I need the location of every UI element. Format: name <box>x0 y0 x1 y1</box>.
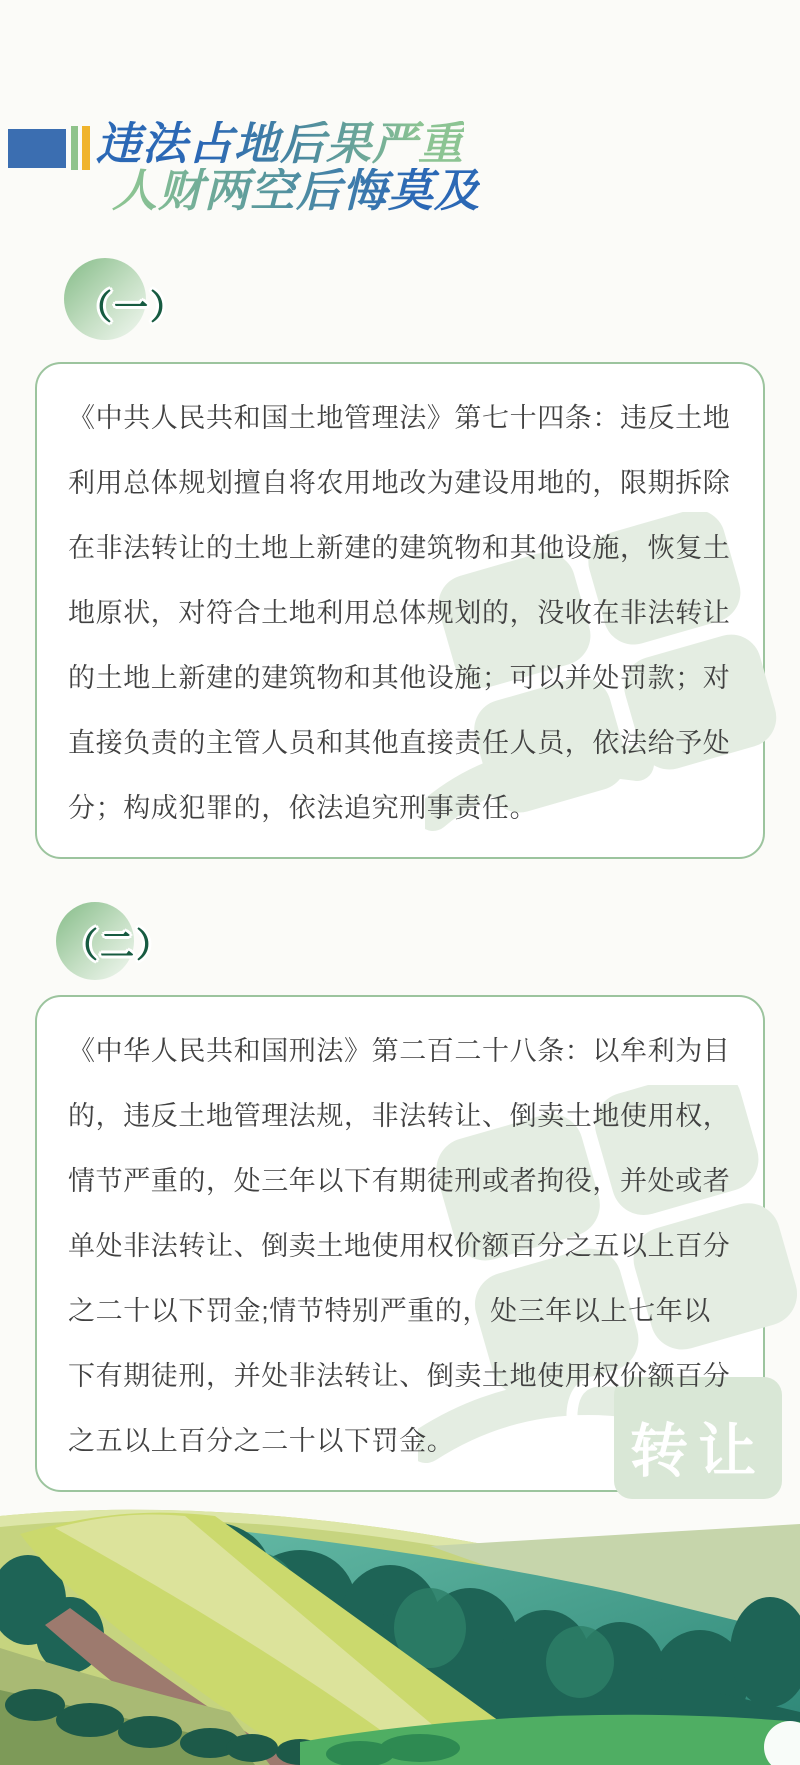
card-1-line: 利用总体规划擅自将农用地改为建设用地的，限期拆除 <box>68 451 732 516</box>
poster-page: 违法占地后果严重 人财两空后悔莫及 （一） 《中共人民共和国土地管理法》第七十四… <box>0 0 800 1765</box>
card-1-line: 直接负责的主管人员和其他直接责任人员，依法给予处 <box>68 711 732 776</box>
section-1-marker-label: （一） <box>78 288 186 328</box>
section-2-marker-label: （二） <box>64 926 172 966</box>
card-1-text-block: 《中共人民共和国土地管理法》第七十四条：违反土地 利用总体规划擅自将农用地改为建… <box>37 364 763 841</box>
page-title-line2: 人财两空后悔莫及 <box>112 168 480 214</box>
title-accent-bar-blue-icon <box>8 129 66 168</box>
card-2-text-block: 《中华人民共和国刑法》第二百二十八条：以牟利为目 的，违反土地管理法规，非法转让… <box>37 997 763 1474</box>
card-1-line: 的土地上新建的建筑物和其他设施；可以并处罚款；对 <box>68 646 732 711</box>
green-hills-landscape-illustration <box>0 1500 800 1765</box>
card-1-line: 地原状，对符合土地利用总体规划的，没收在非法转让 <box>68 581 732 646</box>
title-accent-bar-yellow-icon <box>82 126 90 170</box>
title-accent-bar-green-icon <box>71 126 78 170</box>
card-1-line: 在非法转让的土地上新建的建筑物和其他设施，恢复土 <box>68 516 732 581</box>
card-1-line: 分；构成犯罪的，依法追究刑事责任。 <box>68 776 732 841</box>
card-2-line: 下有期徒刑，并处非法转让、倒卖土地使用权价额百分 <box>68 1344 732 1409</box>
law-card-criminal-law: 转让 《中华人民共和国刑法》第二百二十八条：以牟利为目 的，违反土地管理法规，非… <box>35 995 765 1492</box>
law-card-land-administration: 《中共人民共和国土地管理法》第七十四条：违反土地 利用总体规划擅自将农用地改为建… <box>35 362 765 859</box>
card-2-line: 之五以上百分之二十以下罚金。 <box>68 1409 732 1474</box>
page-title-line1: 违法占地后果严重 <box>96 121 464 167</box>
card-2-line: 《中华人民共和国刑法》第二百二十八条：以牟利为目 <box>68 1019 732 1084</box>
card-2-line: 的，违反土地管理法规，非法转让、倒卖土地使用权， <box>68 1084 732 1149</box>
card-2-line: 单处非法转让、倒卖土地使用权价额百分之五以上百分 <box>68 1214 732 1279</box>
card-1-line: 《中共人民共和国土地管理法》第七十四条：违反土地 <box>68 386 732 451</box>
card-2-line: 情节严重的，处三年以下有期徒刑或者拘役，并处或者 <box>68 1149 732 1214</box>
card-2-line: 之二十以下罚金;情节特别严重的，处三年以上七年以 <box>68 1279 732 1344</box>
